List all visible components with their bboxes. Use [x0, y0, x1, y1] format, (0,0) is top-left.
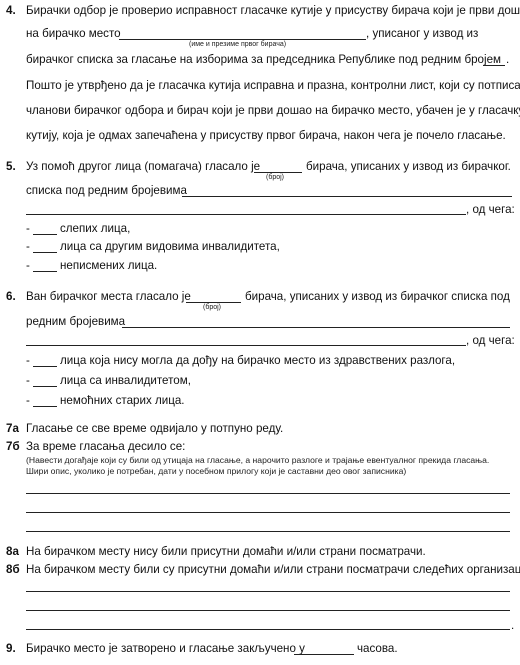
section-5-line-1-suffix: бирача, уписаних у извод из бирачког.	[306, 160, 511, 174]
section-6-line-1-suffix: бирача, уписаних у извод из бирачког спи…	[245, 290, 510, 304]
section-7a-number: 7а	[6, 422, 19, 436]
serial-number-field[interactable]	[483, 65, 505, 66]
disabled-voters-count-field[interactable]	[33, 252, 57, 253]
section-4-line-2-prefix: на бирачко место	[26, 27, 121, 41]
section-6-item-dash: -	[26, 354, 30, 368]
section-8a-number: 8а	[6, 545, 19, 559]
section-5-item-dash: -	[26, 240, 30, 254]
section-5-line-3-suffix: , од чега:	[466, 203, 515, 217]
elderly-count-field[interactable]	[33, 406, 57, 407]
section-6-item-label: немоћних старих лица.	[60, 394, 185, 408]
incidents-field-1[interactable]	[26, 493, 510, 494]
section-4-line-3-suffix: .	[506, 53, 509, 67]
section-4-line-3-prefix: бирачког списка за гласање на изборима з…	[26, 53, 501, 67]
section-5-item-label: лица са другим видовима инвалидитета,	[60, 240, 280, 254]
section-7a-text: Гласање се све време одвијало у потпуно …	[26, 422, 283, 436]
section-7b-text: За време гласања десило се:	[26, 440, 185, 454]
outside-voters-serials-field-1[interactable]	[122, 327, 510, 328]
section-9-text-suffix: часова.	[357, 642, 398, 656]
section-7b-note-line-2: Шири опис, уколико је потребан, дати у п…	[26, 466, 406, 477]
section-6-line-2-prefix: редним бројевима	[26, 315, 125, 329]
health-reasons-count-field[interactable]	[33, 366, 57, 367]
observers-field-3[interactable]	[26, 629, 510, 630]
section-5-item-dash: -	[26, 222, 30, 236]
section-5-number: 5.	[6, 160, 16, 174]
section-5-item-label: слепих лица,	[60, 222, 130, 236]
section-5-count-caption: (број)	[266, 173, 284, 182]
section-6-number: 6.	[6, 290, 16, 304]
outside-voters-serials-field-2[interactable]	[26, 345, 466, 346]
section-4-number: 4.	[6, 4, 16, 18]
first-voter-name-caption: (име и презиме првог бирача)	[189, 40, 286, 49]
disability-count-field[interactable]	[33, 386, 57, 387]
section-7b-number: 7б	[6, 440, 20, 454]
section-4-line-4: Пошто је утврђено да је гласачка кутија …	[26, 79, 520, 93]
incidents-field-3[interactable]	[26, 531, 510, 532]
section-5-item-dash: -	[26, 259, 30, 273]
section-6-item-dash: -	[26, 374, 30, 388]
section-6-count-caption: (број)	[203, 303, 221, 312]
section-6-item-label: лица са инвалидитетом,	[60, 374, 191, 388]
assisted-voters-serials-field-2[interactable]	[26, 214, 466, 215]
section-9-text-prefix: Бирачко место је затворено и гласање зак…	[26, 642, 305, 656]
incidents-field-2[interactable]	[26, 512, 510, 513]
section-6-item-dash: -	[26, 394, 30, 408]
illiterate-voters-count-field[interactable]	[33, 271, 57, 272]
closing-time-field[interactable]	[294, 654, 354, 655]
section-6-line-3-suffix: , од чега:	[466, 334, 515, 348]
section-7b-note-line-1: (Навести догађаје који су били од утицај…	[26, 455, 489, 466]
section-9-number: 9.	[6, 642, 16, 656]
section-4-line-6: кутију, која је одмах запечаћена у прису…	[26, 129, 506, 143]
section-8b-text: На бирачком месту били су присутни домаћ…	[26, 563, 520, 577]
section-8b-number: 8б	[6, 563, 20, 577]
section-5-item-label: неписмених лица.	[60, 259, 157, 273]
observers-field-1[interactable]	[26, 591, 510, 592]
section-4-line-2-suffix: , уписаног у извод из	[366, 27, 478, 41]
assisted-voters-serials-field-1[interactable]	[182, 196, 512, 197]
section-6-line-1-prefix: Ван бирачког места гласало је	[26, 290, 191, 304]
section-6-item-label: лица која нису могла да дођу на бирачко …	[60, 354, 455, 368]
section-8b-end-mark: .	[511, 619, 514, 633]
blind-voters-count-field[interactable]	[33, 234, 57, 235]
observers-field-2[interactable]	[26, 610, 510, 611]
section-4-line-1: Бирачки одбор је проверио исправност гла…	[26, 4, 520, 18]
section-5-line-1-prefix: Уз помоћ другог лица (помагача) гласало …	[26, 160, 260, 174]
section-5-line-2-prefix: списка под редним бројевима	[26, 184, 187, 198]
section-8a-text: На бирачком месту нису били присутни дом…	[26, 545, 426, 559]
section-4-line-5: чланови бирачког одбора и бирач који је …	[26, 104, 520, 118]
